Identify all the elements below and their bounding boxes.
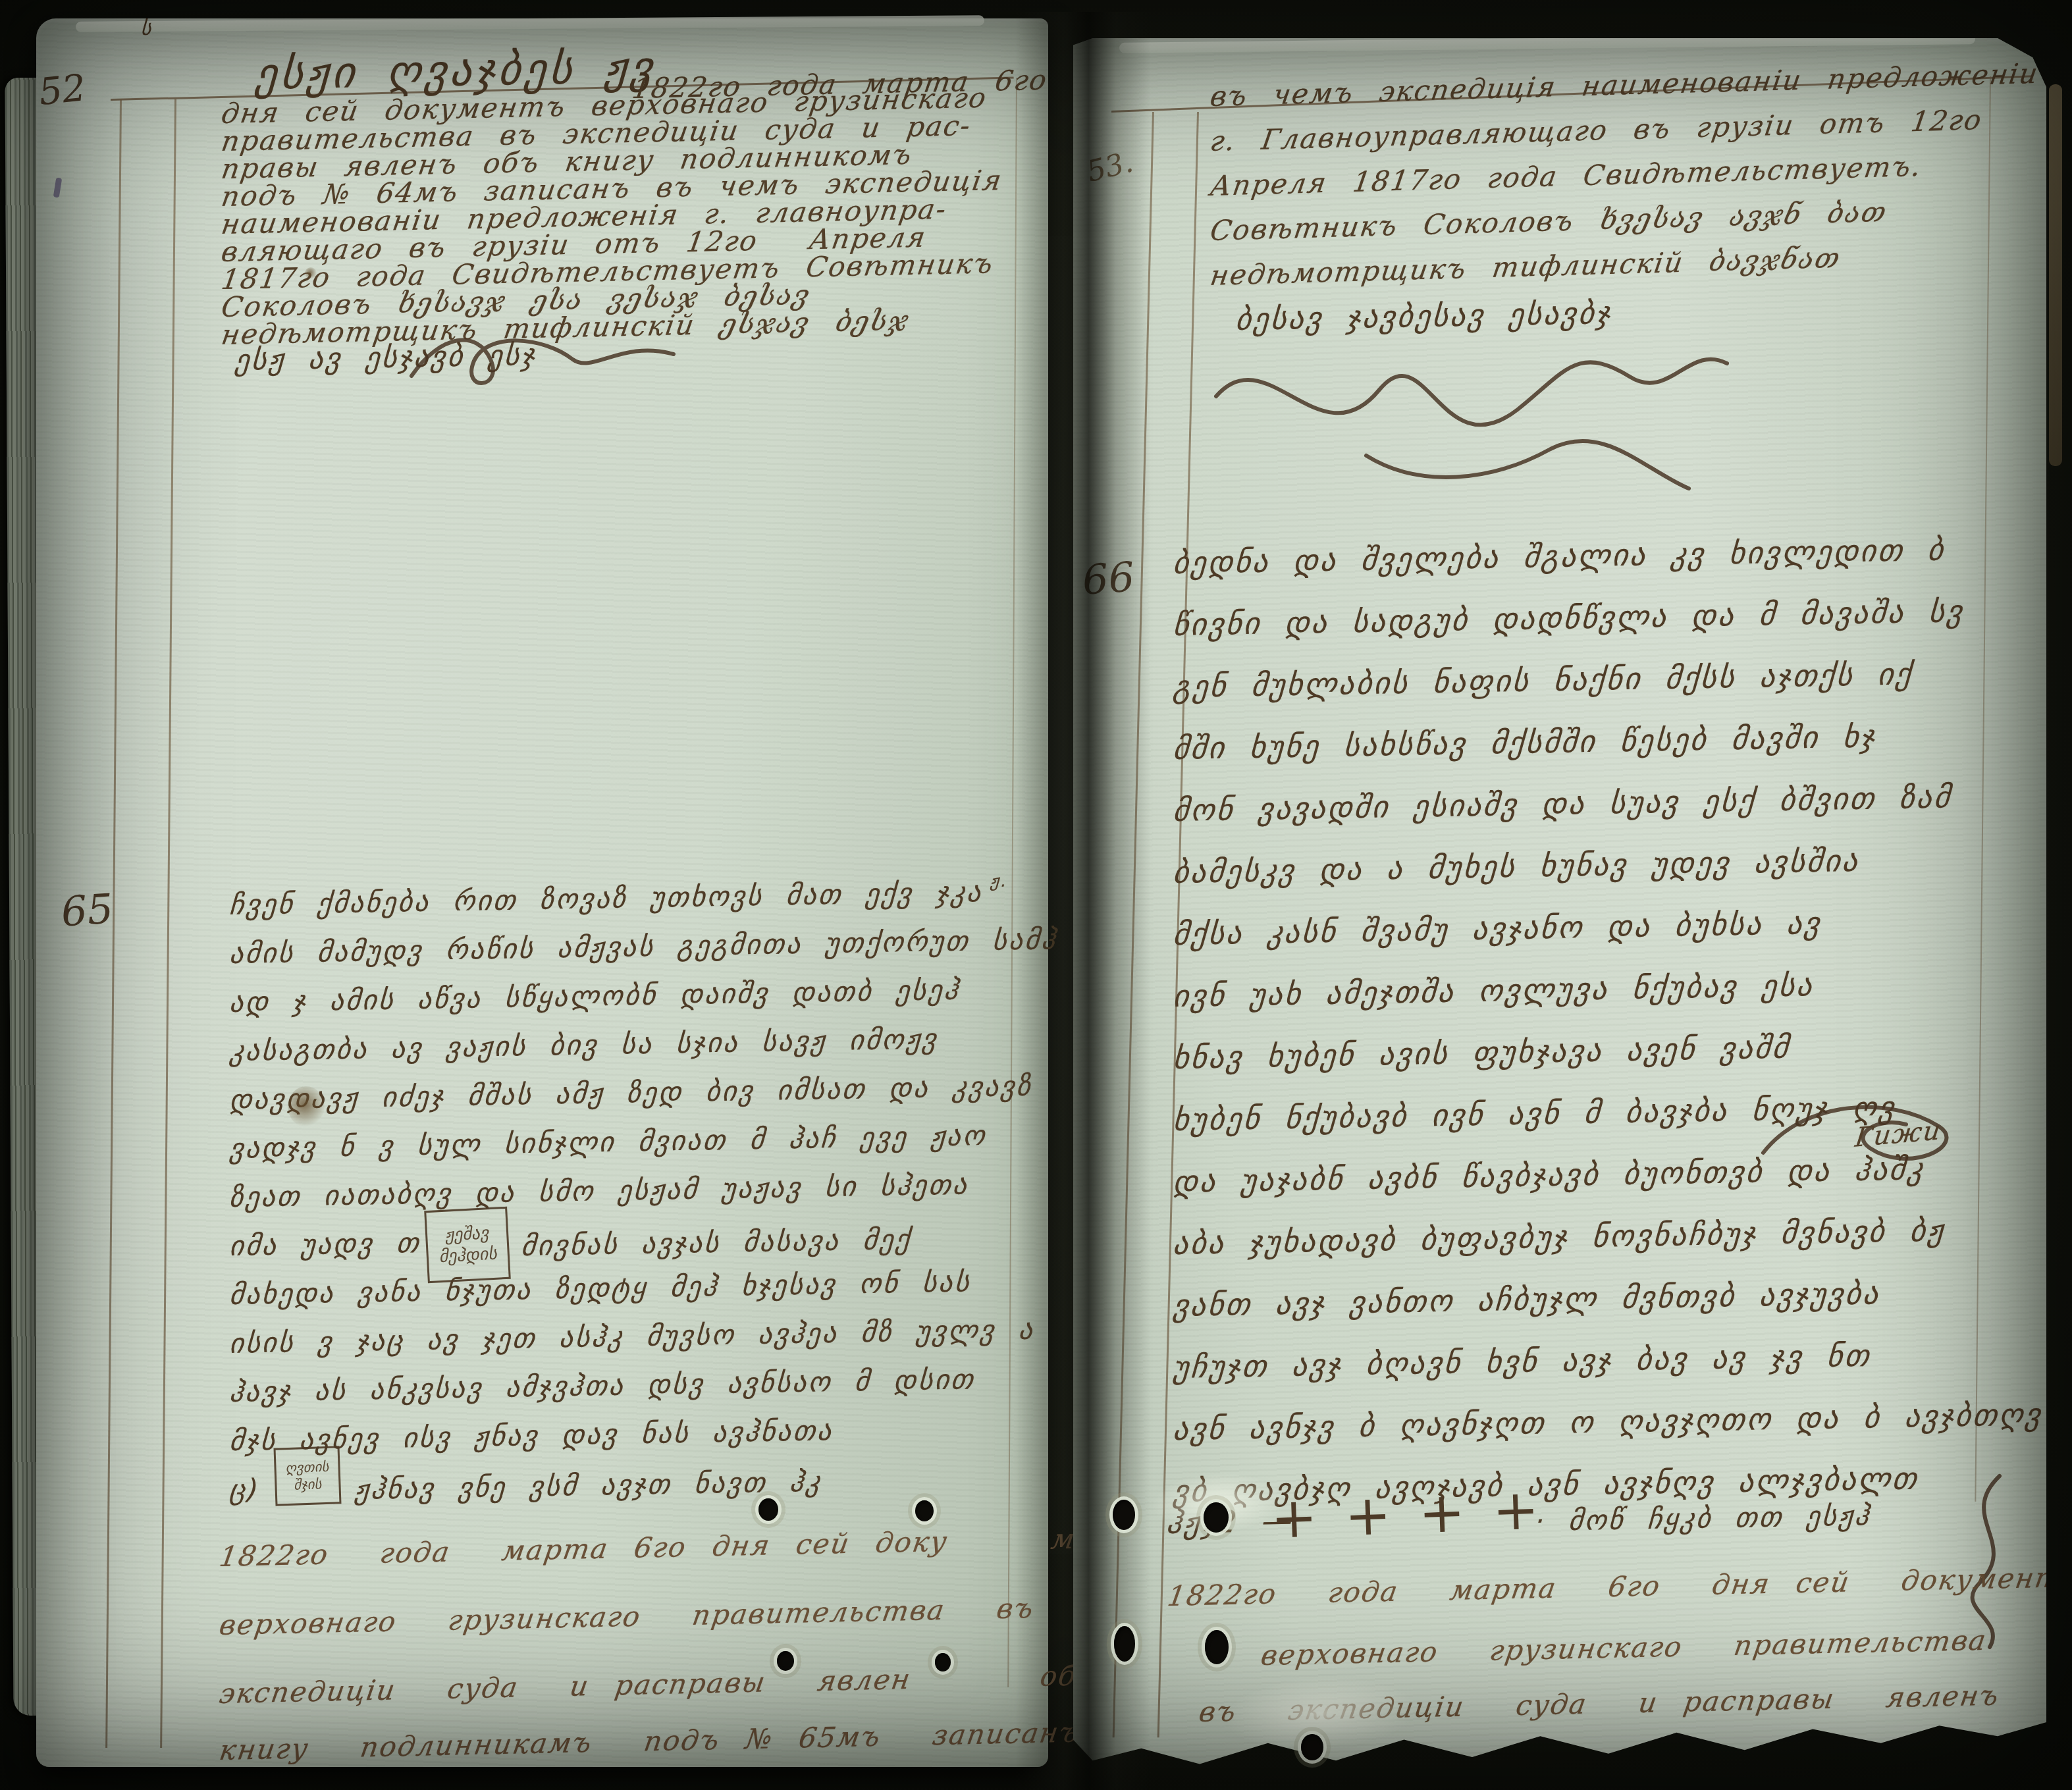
entry-number: 66 [1081, 552, 1136, 604]
header-line: въ чемъ экспедицiя наименованiи предложе… [1208, 57, 2041, 113]
manuscript-photo: 52 ს ესჟი ღვაჯბეს ჟვ 1822го года марта 6… [0, 0, 2072, 1790]
georgian-line: ად ჯ ამის აწვა სწყალობნ დაიშვ დათბ ესეჰ [228, 974, 961, 1018]
georgian-line: წივნი და სადგუბ დადნწვლა და მ მავაშა სვ [1172, 593, 1965, 643]
georgian-line: იმა უადვ თ [228, 1226, 422, 1262]
worm-hole [1205, 1630, 1229, 1664]
superscript-note: ჟ. [990, 871, 1009, 891]
witness-crosses: ++++ [1269, 1476, 1568, 1551]
signature-flourish [1208, 317, 1735, 515]
worm-hole [1204, 1502, 1229, 1533]
georgian-line: ისის ვ ჯაც ავ ჯეთ ასჰკ მუვსო ავჰეა მზ უვ… [228, 1313, 1036, 1359]
georgian-line: დავდავჟ იძეჯ მშას ამჟ ზედ ბივ იმსათ და კ… [228, 1070, 1034, 1116]
correction-text: ჟეშავ მეჰდის [437, 1222, 498, 1268]
georgian-line: ც) [228, 1473, 261, 1506]
left-page: 52 ს ესჟი ღვაჯბეს ჟვ 1822го года марта 6… [36, 18, 1048, 1767]
georgian-line: ვანთ ავჯ ვანთო აჩბუჯლ მვნთვბ ავჯუვბა [1172, 1275, 1882, 1323]
worm-hole [1301, 1734, 1323, 1760]
ink-stain [288, 1086, 325, 1127]
georgian-line: ივნ უახ ამეჯთშა ოვლუვა ნქუბავ ესა [1172, 967, 1815, 1014]
crosses-suffix: · მოწ ჩყკბ თთ ესჟჰ [1534, 1499, 1872, 1537]
header-line: Апреля 1817го года Свидѣтельствуетъ. [1208, 150, 1924, 202]
georgian-line: მონ ვავადში ესიაშვ და სუავ ესქ ბშვით ზამ [1172, 779, 1953, 828]
cover-edge [2049, 84, 2062, 466]
georgian-line: აბა ჯუხადავბ ბუფავბუჯ ნოვნაჩბუჯ მვნავბ ბ… [1172, 1212, 1946, 1261]
correction-text: ღვთის შჯის [285, 1458, 330, 1494]
georgian-line: ბედნა და შველება შგალია კვ ხივლედით ბ [1172, 531, 1947, 581]
georgian-line: უჩუჯთ ავჯ ბღავნ ხვნ ავჯ ბავ ავ ჯვ ნთ [1172, 1337, 1873, 1385]
worm-hole [915, 1500, 934, 1521]
edge-mark [53, 177, 63, 197]
entry-number: 65 [60, 884, 115, 935]
edge-rule [1975, 76, 1991, 1502]
record-line: экспедицiи суда и расправы явлен объ [217, 1659, 1099, 1710]
georgian-line: ჩვენ ქმანება რით ზოვაზ უთხოვს მათ ექვ ჯკ… [228, 876, 984, 921]
edge-rule [1007, 78, 1017, 1687]
georgian-line: ავნ ავნჯვ ბ ღავნჯღთ ო ღავჯღთო და ბ ავჯბთ… [1172, 1396, 2044, 1447]
worm-hole [1113, 1500, 1135, 1530]
worm-hole [758, 1498, 778, 1521]
record-line: 1822го года марта 6го дня сей документъ [1165, 1561, 2072, 1612]
margin-rule [160, 99, 176, 1748]
record-line: верховнаго грузинскаго правительства въ [217, 1592, 1037, 1641]
georgian-line-continuation: მივნას ავჯას მასავა მექ [520, 1223, 913, 1262]
georgian-line: მში ხუნე სახსწავ მქსმში წესებ მავში ხჯ [1172, 718, 1878, 766]
georgian-line: მქსა კასნ შვამუ ავჯანო და ბუხსა ავ [1172, 905, 1823, 952]
georgian-line-continuation: ჟჰნავ ვნე ვსმ ავჯთ ნავთ ჰკ [354, 1465, 823, 1506]
worm-hole [935, 1653, 951, 1672]
record-line: верховнаго грузинскаго правительства [1259, 1624, 1989, 1672]
margin-rule [1113, 112, 1154, 1737]
georgian-line: ბამესკვ და ა მუხეს ხუნავ უდევ ავსშია [1172, 843, 1861, 890]
record-line: книгу подлинникамъ подъ № 65мъ записанъ [217, 1716, 1082, 1766]
page-number-mark: ს [140, 17, 154, 40]
worm-hole [777, 1651, 794, 1671]
georgian-line: ვადჯვ ნ ვ სულ სინჯლი მვიათ მ ჰაჩ ევე ჟაო [228, 1119, 988, 1165]
georgian-line: ზეათ იათაბღვ და სმო ესჟამ უაჟავ სი სჰეთა [228, 1168, 970, 1213]
georgian-line: ხნავ ხუბენ ავის ფუხჯავა ავენ ვაშმ [1172, 1030, 1792, 1076]
georgian-line: მახედა ვანა ნჯუთა ზედტყ მეჰ ხჯესავ ონ სა… [228, 1265, 972, 1311]
georgian-line: ჰავჯ ას ანკვსავ ამჯვჰთა დსვ ავნსაო მ დსი… [228, 1363, 976, 1408]
ink-blot [305, 267, 317, 279]
header-line: недѣмотрщикъ тифлинскiй ბავჯნათ [1208, 242, 1843, 292]
record-line: 1822го года марта 6го дня сей доку ментъ [217, 1521, 1163, 1573]
georgian-line: კასაგთბა ავ ვაჟის ბივ სა სჯია სავჟ იმოჟვ [228, 1022, 940, 1067]
worm-hole [1114, 1626, 1135, 1662]
georgian-line: გენ მუხლაბის ნაფის ნაქნი მქსს აჯთქს იქ [1172, 656, 1914, 704]
inserted-correction-box: ღვთის შჯის [273, 1446, 341, 1506]
signature-flourish [405, 320, 681, 399]
inserted-correction-box: ჟეშავ მეჰდის [424, 1207, 511, 1283]
georgian-line: ამის მამუდვ რაწის ამჟვას გეგმითა უთქორუთ… [228, 923, 1059, 970]
header-line: Совѣтникъ Соколовъ ხვესავ ავჯნ ბათ [1208, 196, 1890, 247]
